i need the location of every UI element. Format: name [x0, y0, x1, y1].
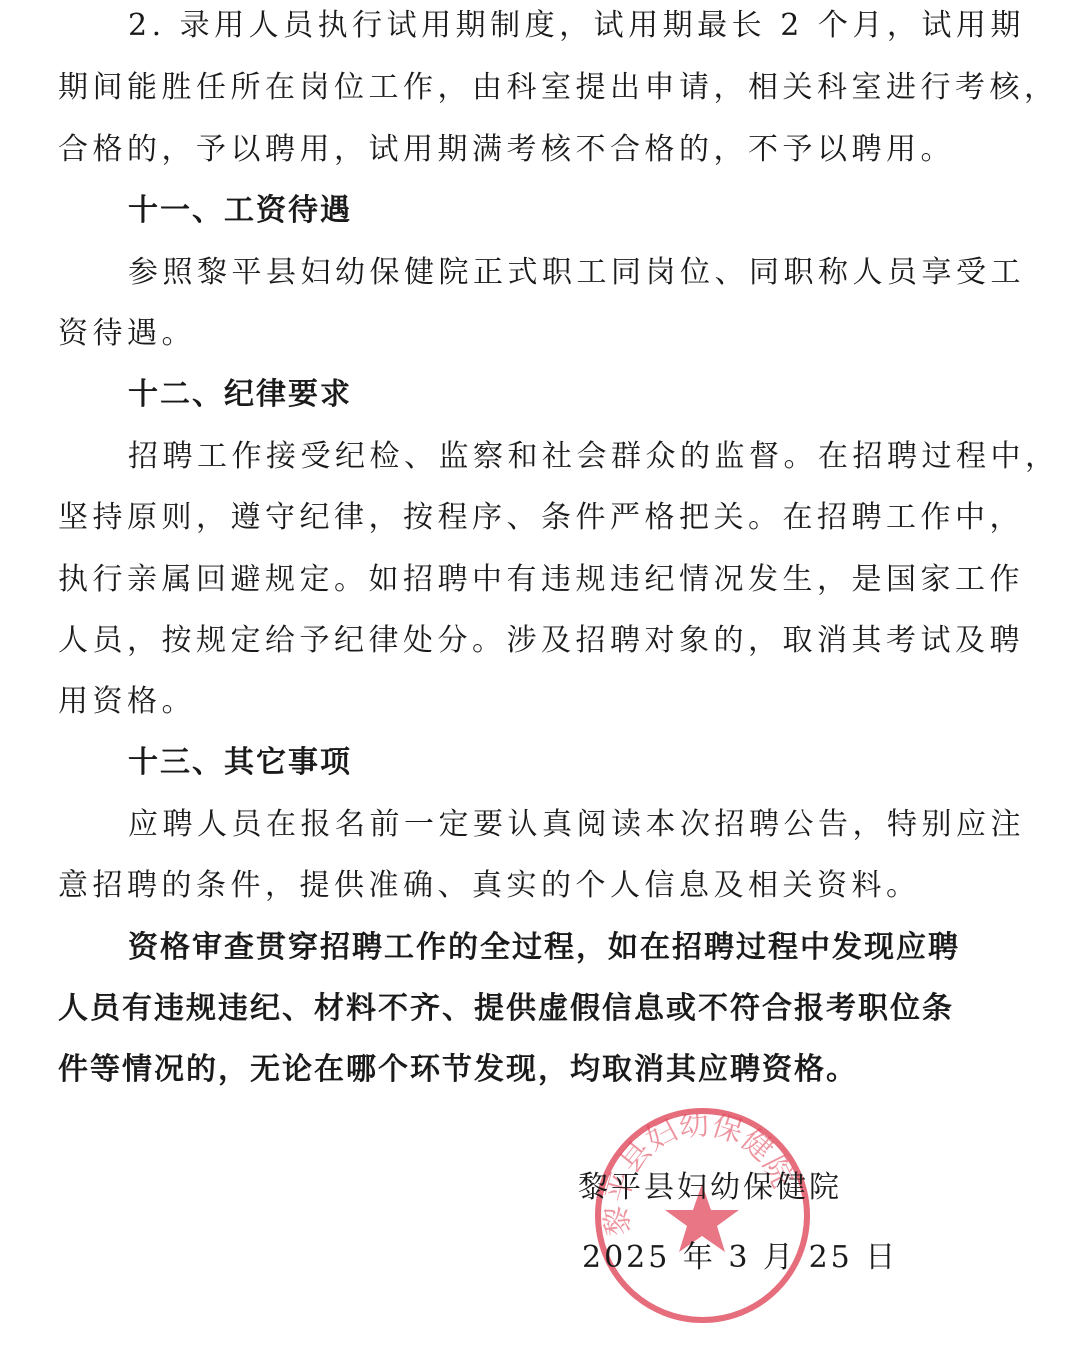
p3-line4: 人员，按规定给予纪律处分。涉及招聘对象的，取消其考试及聘: [58, 621, 1028, 661]
p5-line3: 件等情况的，无论在哪个环节发现，均取消其应聘资格。: [58, 1050, 1028, 1090]
p2-line2: 资待遇。: [58, 314, 1028, 354]
p3-line1: 招聘工作接受纪检、监察和社会群众的监督。在招聘过程中，: [128, 437, 1028, 477]
p5-line1: 资格审查贯穿招聘工作的全过程，如在招聘过程中发现应聘: [128, 928, 1028, 968]
official-seal: 黎平县妇幼保健院: [595, 1108, 810, 1323]
p4-line1: 应聘人员在报名前一定要认真阅读本次招聘公告，特别应注: [128, 805, 1028, 845]
p3-line3: 执行亲属回避规定。如招聘中有违规违纪情况发生，是国家工作: [58, 560, 1028, 600]
p3-line5: 用资格。: [58, 682, 1028, 722]
section-heading-12: 十二、纪律要求: [128, 375, 1028, 415]
p1-line2: 期间能胜任所在岗位工作，由科室提出申请，相关科室进行考核，: [58, 68, 1028, 108]
p2-line1: 参照黎平县妇幼保健院正式职工同岗位、同职称人员享受工: [128, 253, 1028, 293]
star-icon: 黎平县妇幼保健院: [601, 1114, 804, 1317]
section-heading-11: 十一、工资待遇: [128, 191, 1028, 231]
p4-line2: 意招聘的条件，提供准确、真实的个人信息及相关资料。: [58, 866, 1028, 906]
p1-line1: 2. 录用人员执行试用期制度，试用期最长 2 个月，试用期: [128, 6, 1028, 46]
section-heading-13: 十三、其它事项: [128, 743, 1028, 783]
signature-org: 黎平县妇幼保健院: [578, 1168, 842, 1208]
p3-line2: 坚持原则，遵守纪律，按程序、条件严格把关。在招聘工作中，: [58, 498, 1028, 538]
p5-line2: 人员有违规违纪、材料不齐、提供虚假信息或不符合报考职位条: [58, 989, 1028, 1029]
p1-line3: 合格的，予以聘用，试用期满考核不合格的，不予以聘用。: [58, 130, 1028, 170]
signature-date: 2025 年 3 月 25 日: [582, 1238, 898, 1278]
